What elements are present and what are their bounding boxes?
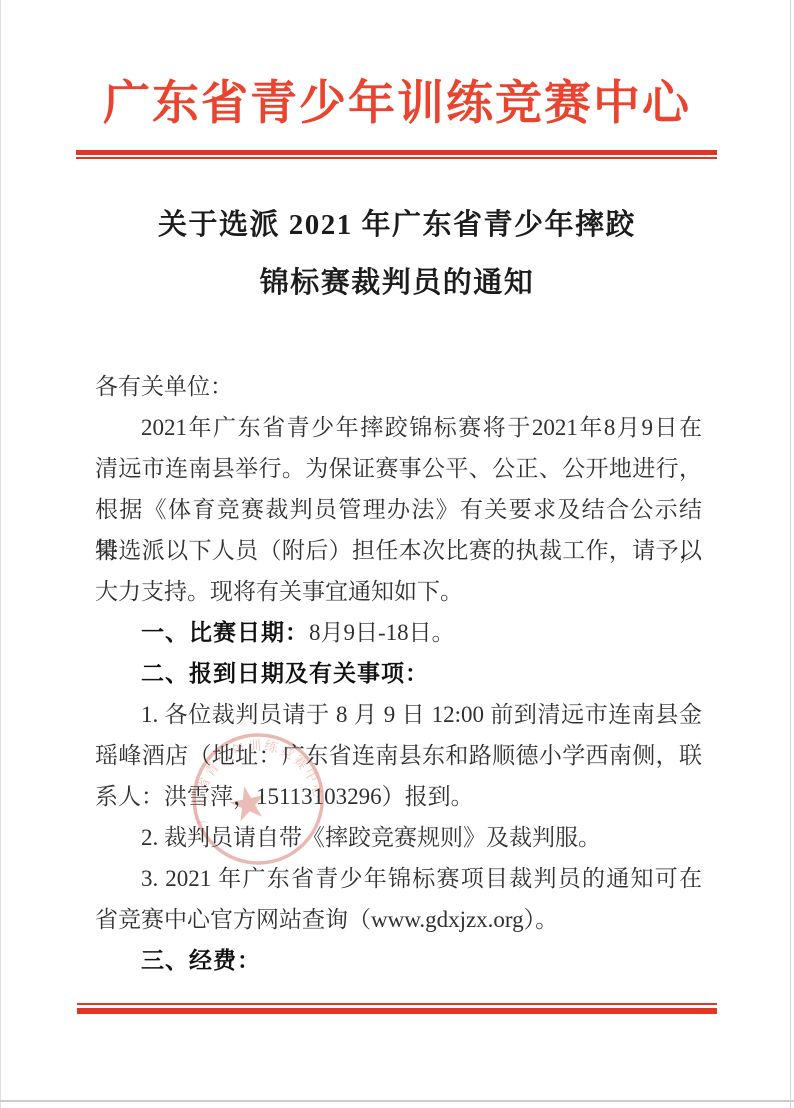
document-title-line1: 关于选派 2021 年广东省青少年摔跤 — [0, 196, 794, 254]
body-line: 清远市连南县举行。为保证赛事公平、公正、公开地进行， — [95, 448, 702, 489]
page-edge-right — [790, 0, 791, 1108]
scanned-notice-page: 广东省青少年训练竞赛中心 关于选派 2021 年广东省青少年摔跤 锦标赛裁判员的… — [0, 0, 794, 1108]
body-line: 瑶峰酒店（地址：广东省连南县东和路顺德小学西南侧，联 — [95, 735, 702, 776]
body-line: 省竞赛中心官方网站查询（www.gdxjzx.org）。 — [95, 899, 702, 940]
page-edge-bottom — [0, 1100, 794, 1102]
body-line-salutation: 各有关单位： — [95, 366, 702, 407]
body-line: 根据《体育竞赛裁判员管理办法》有关要求及结合公示结果， — [95, 489, 702, 530]
letterhead-org-name: 广东省青少年训练竞赛中心 — [0, 64, 794, 144]
footer-divider — [77, 1003, 717, 1014]
document-title: 关于选派 2021 年广东省青少年摔跤 锦标赛裁判员的通知 — [0, 196, 794, 312]
body-line: 特选派以下人员（附后）担任本次比赛的执裁工作，请予以 — [95, 530, 702, 571]
body-line: 2. 裁判员请自带《摔跤竞赛规则》及裁判服。 — [95, 817, 702, 858]
body-line-heading-2: 二、报到日期及有关事项： — [95, 653, 702, 694]
page-edge-left — [0, 0, 1, 1108]
document-title-line2: 锦标赛裁判员的通知 — [0, 254, 794, 312]
body-line: 系人：洪雪萍，15113103296）报到。 — [95, 776, 702, 817]
letterhead-divider-thin-line — [76, 157, 717, 159]
body-line: 1. 各位裁判员请于 8 月 9 日 12:00 前到清远市连南县金 — [95, 694, 702, 735]
body-line: 2021年广东省青少年摔跤锦标赛将于2021年8月9日在 — [95, 407, 702, 448]
notice-body: 各有关单位： 2021年广东省青少年摔跤锦标赛将于2021年8月9日在 清远市连… — [95, 366, 702, 981]
letterhead-divider — [76, 150, 717, 159]
body-line-heading-1: 一、比赛日期：8月9日-18日。 — [95, 612, 702, 653]
body-line: 3. 2021 年广东省青少年锦标赛项目裁判员的通知可在 — [95, 858, 702, 899]
body-line-heading-3: 三、经费： — [95, 940, 702, 981]
footer-divider-thick-line — [77, 1008, 717, 1014]
body-line: 大力支持。现将有关事宜通知如下。 — [95, 571, 702, 612]
